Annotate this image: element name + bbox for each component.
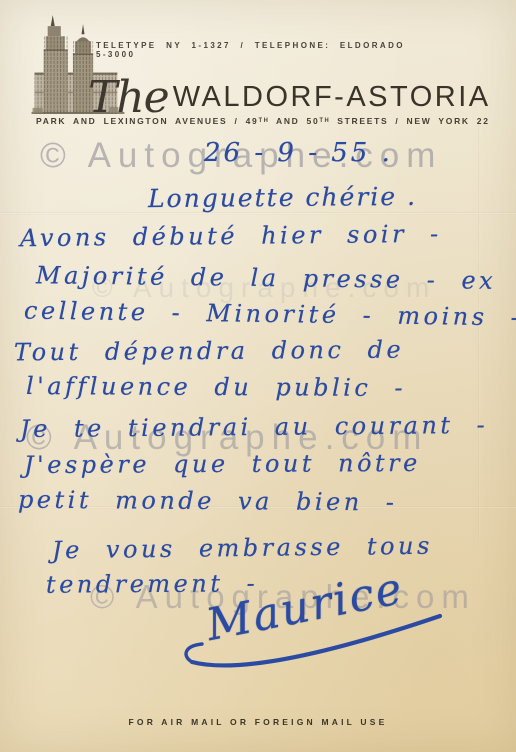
handwriting-line: Tout dépendra donc de [14, 336, 404, 367]
handwriting-line: J'espère que tout nôtre [24, 449, 421, 479]
hotel-name-row: TheWALDORF-ASTORIA [88, 72, 468, 118]
handwriting-line: tendrement - [46, 569, 258, 598]
handwriting-line: Je te tiendrai au courant - [20, 411, 488, 443]
handwriting-line: Avons débuté hier soir - [20, 220, 442, 252]
handwriting-line: Je vous embrasse tous [52, 532, 433, 565]
handwriting-line: l'affluence du public - [26, 372, 406, 402]
handwritten-salutation: Longuette chérie . [148, 182, 417, 213]
scanned-letter: TELETYPE NY 1-1327 / TELEPHONE: ELDORADO… [0, 0, 516, 752]
hotel-name: WALDORF-ASTORIA [173, 81, 491, 113]
hotel-address-line: PARK AND LEXINGTON AVENUES / 49ᵀᴴ AND 50… [36, 116, 496, 126]
handwritten-date: 26 - 9 - 55 . [204, 138, 393, 168]
handwriting-line: Majorité de la presse - ex [36, 261, 496, 295]
handwriting-line: petit monde va bien - [18, 486, 398, 517]
handwriting-line: cellente - Minorité - moins - [24, 297, 516, 332]
airmail-footer-note: FOR AIR MAIL OR FOREIGN MAIL USE [0, 717, 516, 727]
fold-crease [0, 212, 516, 215]
teletype-phone-line: TELETYPE NY 1-1327 / TELEPHONE: ELDORADO… [96, 41, 426, 59]
